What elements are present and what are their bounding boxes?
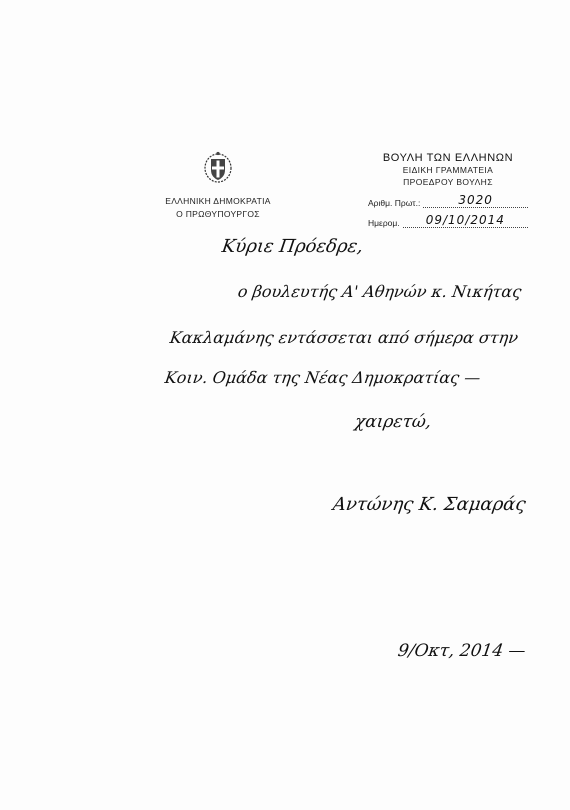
protocol-number-row: Αριθμ. Πρωτ.: 3020 [368,193,528,208]
date-value: 09/10/2014 [403,213,528,228]
body-line-3: Κοιν. Ομάδα της Νέας Δημοκρατίας — [164,368,482,387]
stamp-subtitle-1: ΕΙΔΙΚΗ ΓΡΑΜΜΑΤΕΙΑ [368,164,528,176]
receipt-stamp: ΒΟΥΛΗ ΤΩΝ ΕΛΛΗΝΩΝ ΕΙΔΙΚΗ ΓΡΑΜΜΑΤΕΙΑ ΠΡΟΕ… [368,152,528,228]
receipt-date-row: Ημερομ. 09/10/2014 [368,213,528,228]
salutation: Κύριε Πρόεδρε, [221,236,365,257]
body-line-2: Κακλαμάνης εντάσσεται από σήμερα στην [169,328,520,347]
closing: χαιρετώ, [354,412,433,432]
stamp-title: ΒΟΥΛΗ ΤΩΝ ΕΛΛΗΝΩΝ [368,152,528,164]
signature: Αντώνης Κ. Σαμαράς [332,494,528,515]
body-line-1: ο βουλευτής Α' Αθηνών κ. Νικήτας [237,282,523,301]
date-label: Ημερομ. [368,218,400,228]
stamp-subtitle-2: ΠΡΟΕΔΡΟΥ ΒΟΥΛΗΣ [368,176,528,188]
sender-org: ΕΛΛΗΝΙΚΗ ΔΗΜΟΚΡΑΤΙΑ [148,195,288,208]
greek-coat-of-arms-icon [203,150,233,184]
letter-date: 9/Οκτ, 2014 — [397,641,527,661]
protocol-value: 3020 [423,193,528,208]
letter-page: ΕΛΛΗΝΙΚΗ ΔΗΜΟΚΡΑΤΙΑ Ο ΠΡΩΘΥΠΟΥΡΓΟΣ ΒΟΥΛΗ… [0,0,570,810]
sender-header: ΕΛΛΗΝΙΚΗ ΔΗΜΟΚΡΑΤΙΑ Ο ΠΡΩΘΥΠΟΥΡΓΟΣ [148,150,288,221]
protocol-label: Αριθμ. Πρωτ.: [368,198,420,208]
sender-title: Ο ΠΡΩΘΥΠΟΥΡΓΟΣ [148,208,288,221]
